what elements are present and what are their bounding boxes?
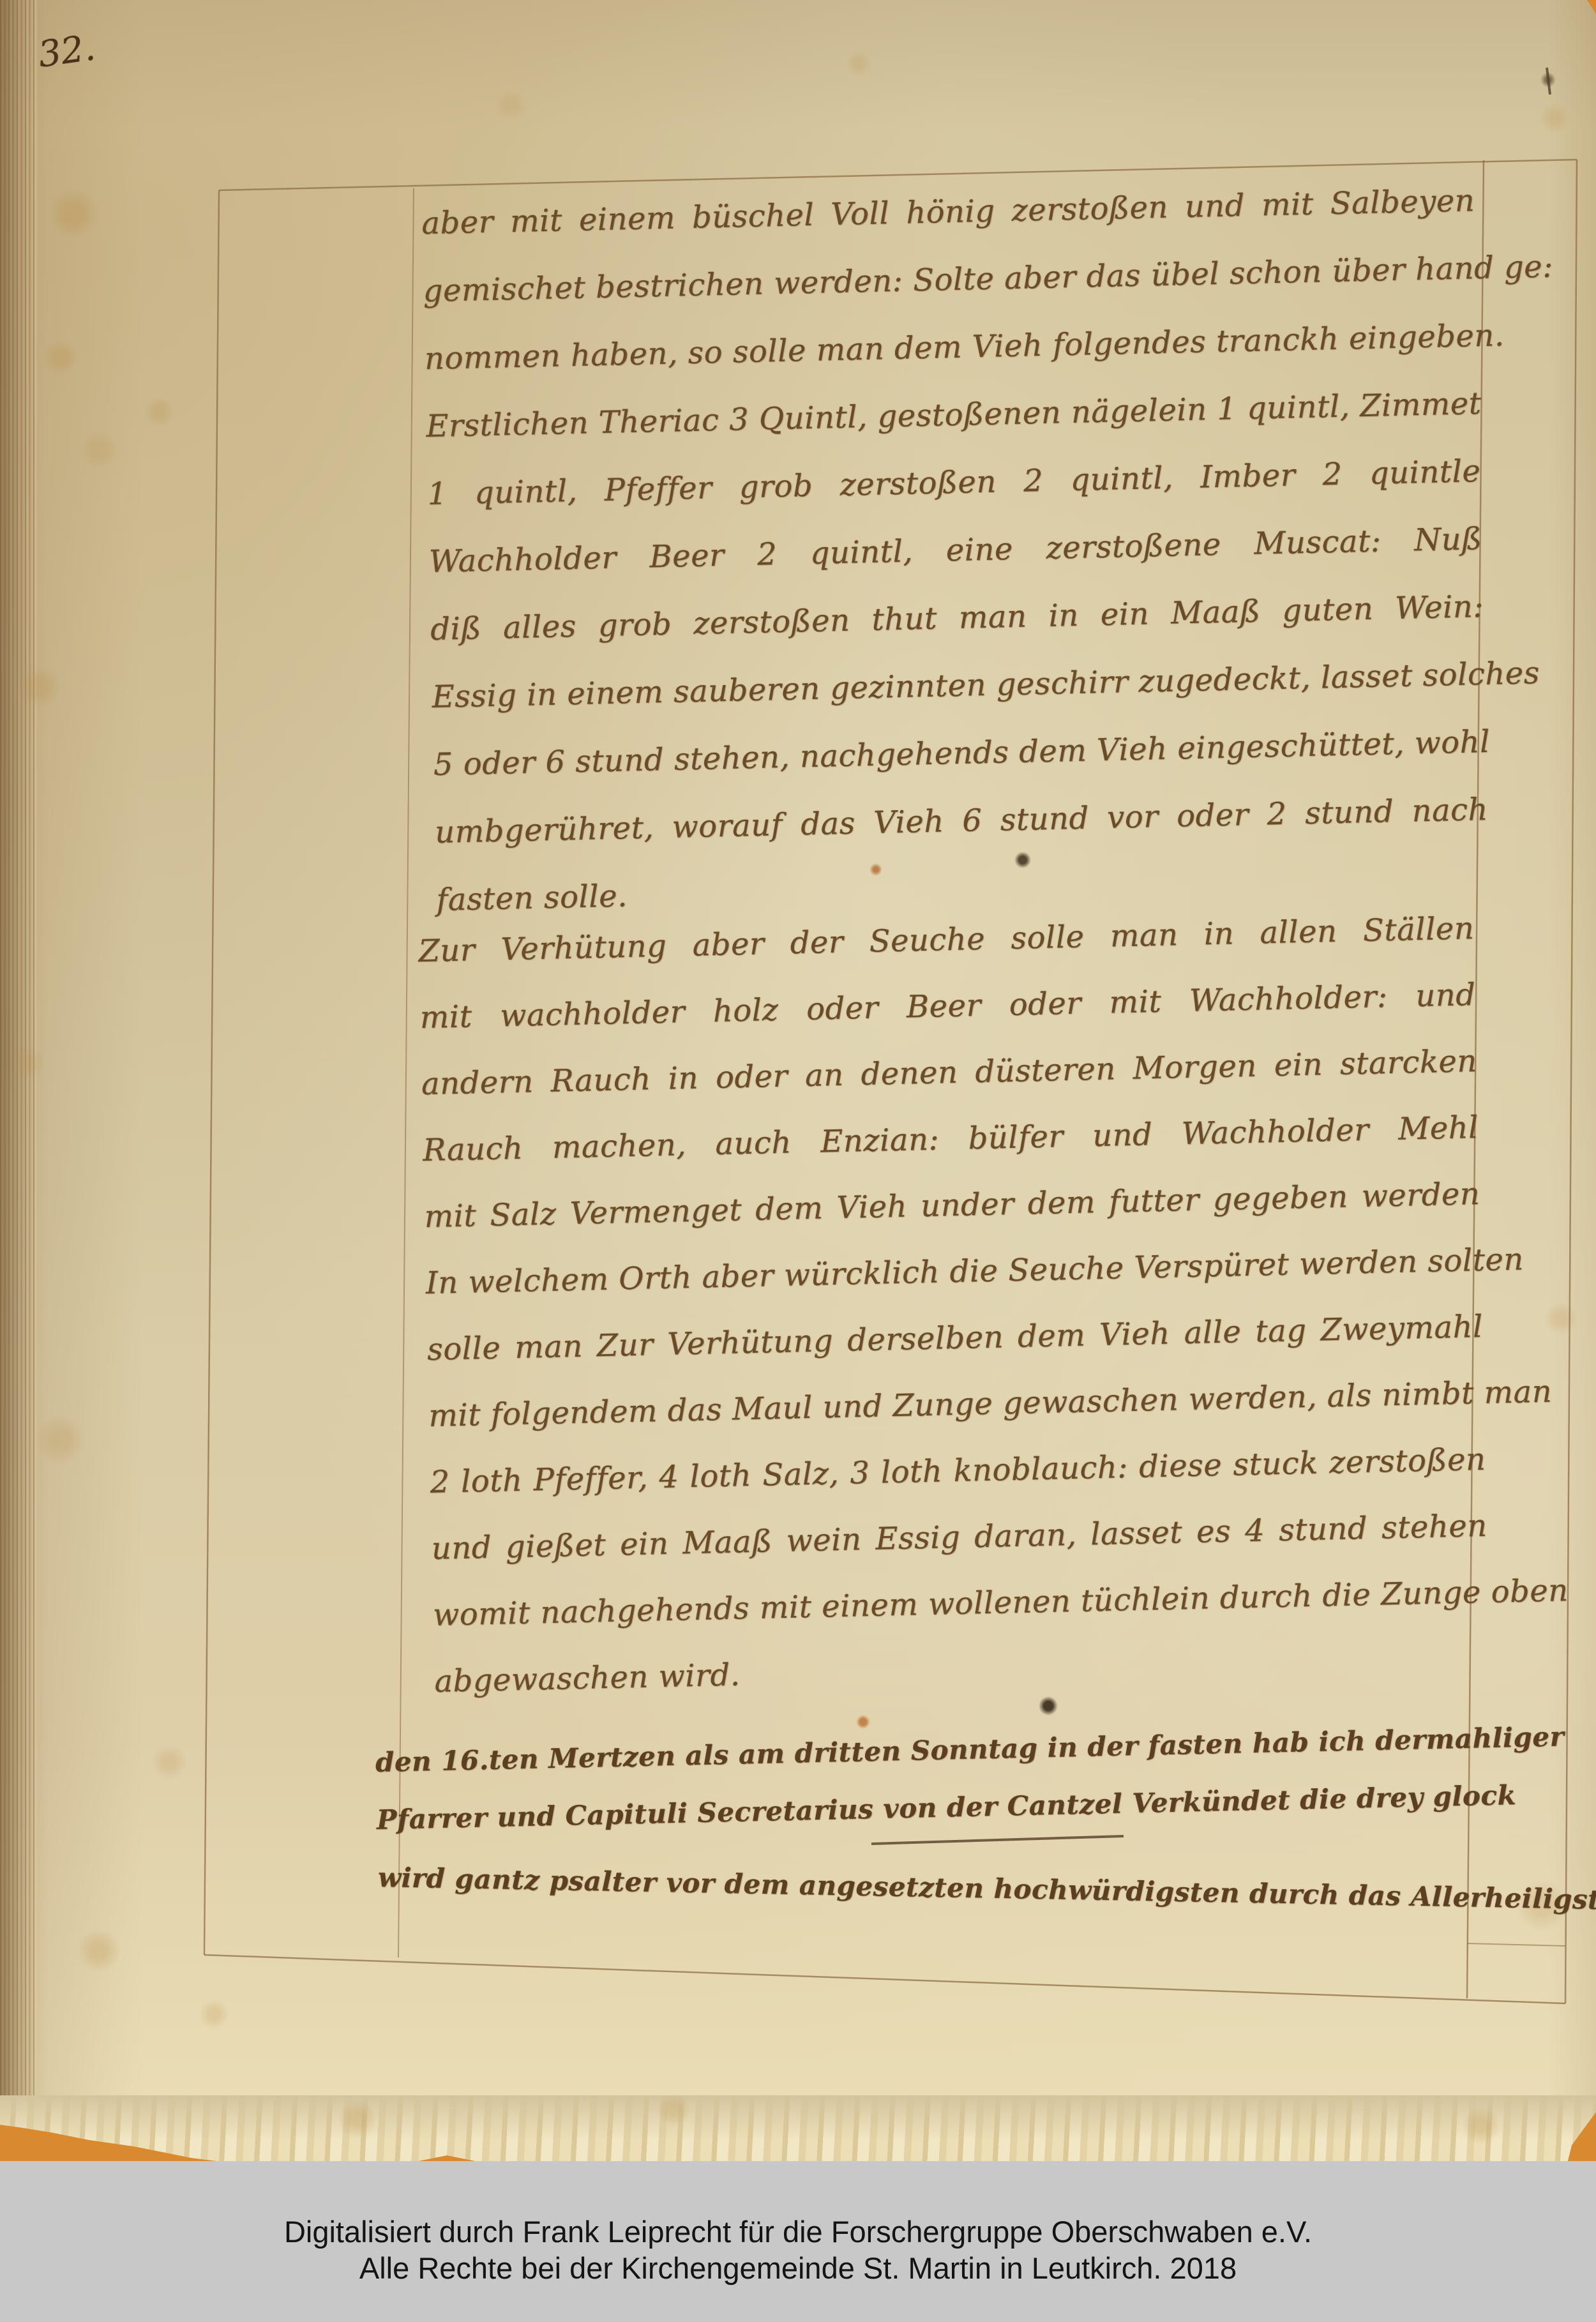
frame-line-right-outer: [1565, 160, 1577, 2003]
frame-line-left-inner: [398, 188, 414, 1957]
caption-line-1: Digitalisiert durch Frank Leiprecht für …: [0, 2213, 1596, 2250]
frame-line-bottom-right-connector: [1467, 1943, 1565, 1946]
ink-dash-mark: [1547, 68, 1550, 94]
manuscript-paragraph-2: Zur Verhütung aber der Seuche solle man …: [418, 895, 1491, 1715]
scanned-document: 32. aber mit einem büschel Voll hönig ze…: [0, 0, 1596, 2322]
manuscript-paragraph-3: den 16.ten Mertzen als am dritten Sonnta…: [375, 1710, 1470, 1906]
manuscript-paragraph-1: aber mit einem büschel Voll hönig zersto…: [421, 167, 1490, 934]
frame-line-left-outer: [204, 190, 219, 1955]
caption-line-2: Alle Rechte bei der Kirchengemeinde St. …: [0, 2250, 1596, 2286]
frame-line-bottom: [204, 1955, 1565, 2003]
caption-strip: Digitalisiert durch Frank Leiprecht für …: [0, 2161, 1596, 2322]
page-number: 32.: [36, 27, 98, 76]
